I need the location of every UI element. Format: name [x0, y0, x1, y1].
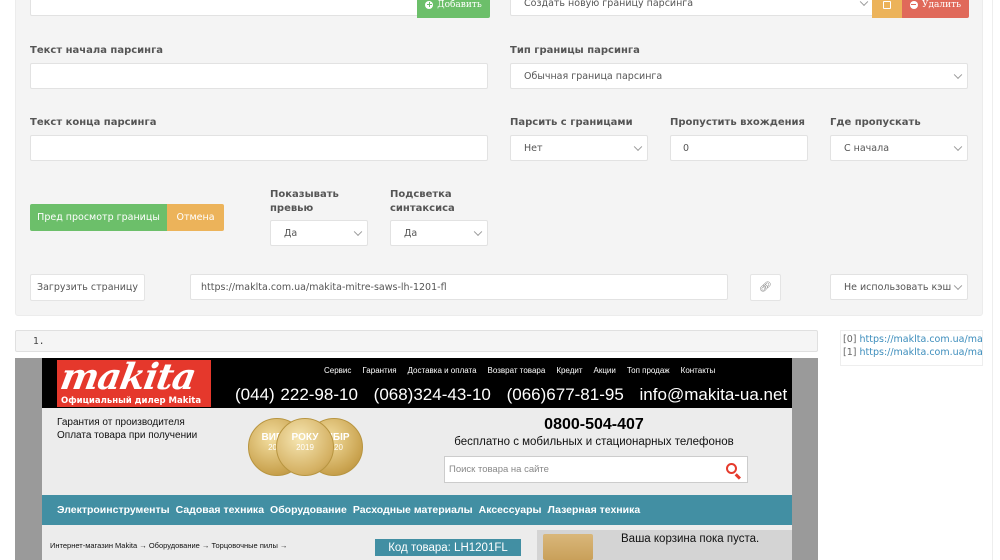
boundary-type-select[interactable]: Обычная граница парсинга [510, 63, 968, 89]
chevron-down-icon [354, 228, 362, 236]
cancel-button[interactable]: Отмена [167, 204, 224, 231]
site-breadcrumbs[interactable]: Интернет-магазин Makita → Оборудование →… [50, 541, 287, 550]
chevron-down-icon [634, 143, 642, 151]
url-input[interactable]: https://maklta.com.ua/makita-mitre-saws-… [190, 274, 728, 300]
parse-with-bounds-select[interactable]: Нет [510, 135, 648, 161]
site-nav-item[interactable]: Доставка и оплата [408, 366, 477, 375]
show-preview-select[interactable]: Да [270, 220, 368, 246]
category-item[interactable]: Аксессуары [479, 504, 542, 516]
skip-occurrences-input[interactable]: 0 [670, 135, 808, 161]
site-search-input[interactable]: Поиск товара на сайте [444, 456, 748, 483]
syntax-highlight-select[interactable]: Да [390, 220, 488, 246]
open-link-button[interactable]: 🔗︎ [750, 274, 781, 301]
site-hotline: 0800-504-407 бесплатно с мобильных и ста… [444, 416, 744, 448]
site-nav-item[interactable]: Возврат товара [488, 366, 546, 375]
boundary-settings-panel: Добавить Создать новую границу парсинга … [15, 0, 983, 316]
email: info@makita-ua.net [640, 385, 788, 404]
start-text-label: Текст начала парсинга [30, 44, 163, 58]
link-url[interactable]: https://maklta.com.ua/makita-mitre-saws-… [860, 347, 984, 358]
show-preview-label: Показывать превью [270, 188, 350, 216]
site-top-nav: Сервис Гарантия Доставка и оплата Возвра… [324, 366, 726, 375]
site-nav-item[interactable]: Акции [594, 366, 616, 375]
found-links-list: [0] https://maklta.com.ua/makita-mitre-s… [840, 330, 983, 366]
makita-logo[interactable]: makita Официальный дилер Makita [57, 360, 211, 407]
where-skip-label: Где пропускать [830, 116, 921, 130]
site-header: makita Официальный дилер Makita Сервис Г… [42, 358, 792, 408]
delete-button[interactable]: Удалить [902, 0, 969, 18]
chevron-down-icon [954, 143, 962, 151]
right-edge [992, 0, 1000, 560]
add-button[interactable]: Добавить [417, 0, 490, 18]
category-item[interactable]: Лазерная техника [547, 504, 640, 516]
site-contacts: (044) 222-98-10 (068)324-43-10 (066)677-… [235, 385, 797, 405]
category-item[interactable]: Расходные материалы [353, 504, 473, 516]
cache-select[interactable]: Не использовать кэш [830, 274, 968, 300]
load-page-button[interactable]: Загрузить страницу [30, 274, 145, 301]
boundary-name-input[interactable] [30, 0, 434, 16]
site-nav-item[interactable]: Гарантия [362, 366, 396, 375]
end-text-label: Текст конца парсинга [30, 116, 156, 130]
boundary-type-label: Тип границы парсинга [510, 44, 640, 58]
site-cart[interactable]: Ваша корзина пока пуста. [537, 530, 792, 560]
site-nav-item[interactable]: Кредит [556, 366, 582, 375]
site-nav-item[interactable]: Сервис [324, 366, 351, 375]
link-icon: 🔗︎ [759, 282, 772, 293]
category-item[interactable]: Электроинструменты [57, 504, 170, 516]
link-item: [0] https://maklta.com.ua/makita-mitre-s… [843, 333, 982, 346]
chevron-down-icon [954, 71, 962, 79]
product-sku: Код товара: LH1201FL [375, 539, 521, 556]
site-category-nav: Электроинструменты Садовая техника Обору… [42, 495, 792, 525]
site-guarantee: Гарантия от производителя Оплата товара … [57, 416, 197, 442]
category-item[interactable]: Оборудование [270, 504, 347, 516]
skip-occurrences-label: Пропустить вхождения [670, 116, 805, 130]
category-item[interactable]: Садовая техника [176, 504, 264, 516]
site-nav-item[interactable]: Топ продаж [627, 366, 670, 375]
link-url[interactable]: https://maklta.com.ua/makita-mitre-saws-… [860, 334, 984, 345]
preview-site: makita Официальный дилер Makita Сервис Г… [42, 358, 792, 560]
page-preview: makita Официальный дилер Makita Сервис Г… [15, 358, 818, 560]
copy-button[interactable] [872, 0, 902, 18]
copy-icon [883, 1, 891, 9]
end-text-input[interactable] [30, 135, 488, 161]
site-nav-item[interactable]: Контакты [681, 366, 716, 375]
cart-icon [543, 534, 593, 560]
phone: (066)677-81-95 [507, 385, 624, 404]
award-medals: ВИБІР2019 ВИБІР2020 РОКУ2019 [248, 418, 363, 476]
parse-with-bounds-label: Парсить с границами [510, 116, 633, 130]
phone: (044) 222-98-10 [235, 385, 358, 404]
preview-boundary-button[interactable]: Пред просмотр границы [30, 204, 167, 231]
search-icon[interactable] [726, 463, 737, 474]
syntax-highlight-label: Подсветка синтаксиса [390, 188, 470, 216]
code-line-gutter: 1. [15, 330, 818, 352]
plus-circle-icon [425, 1, 433, 9]
chevron-down-icon [860, 0, 868, 6]
where-skip-select[interactable]: С начала [830, 135, 968, 161]
link-item: [1] https://maklta.com.ua/makita-mitre-s… [843, 346, 982, 359]
chevron-down-icon [474, 228, 482, 236]
chevron-down-icon [954, 282, 962, 290]
phone: (068)324-43-10 [374, 385, 491, 404]
boundary-select[interactable]: Создать новую границу парсинга [510, 0, 874, 16]
minus-circle-icon [910, 1, 918, 9]
medal: РОКУ2019 [276, 418, 334, 476]
start-text-input[interactable] [30, 63, 488, 89]
